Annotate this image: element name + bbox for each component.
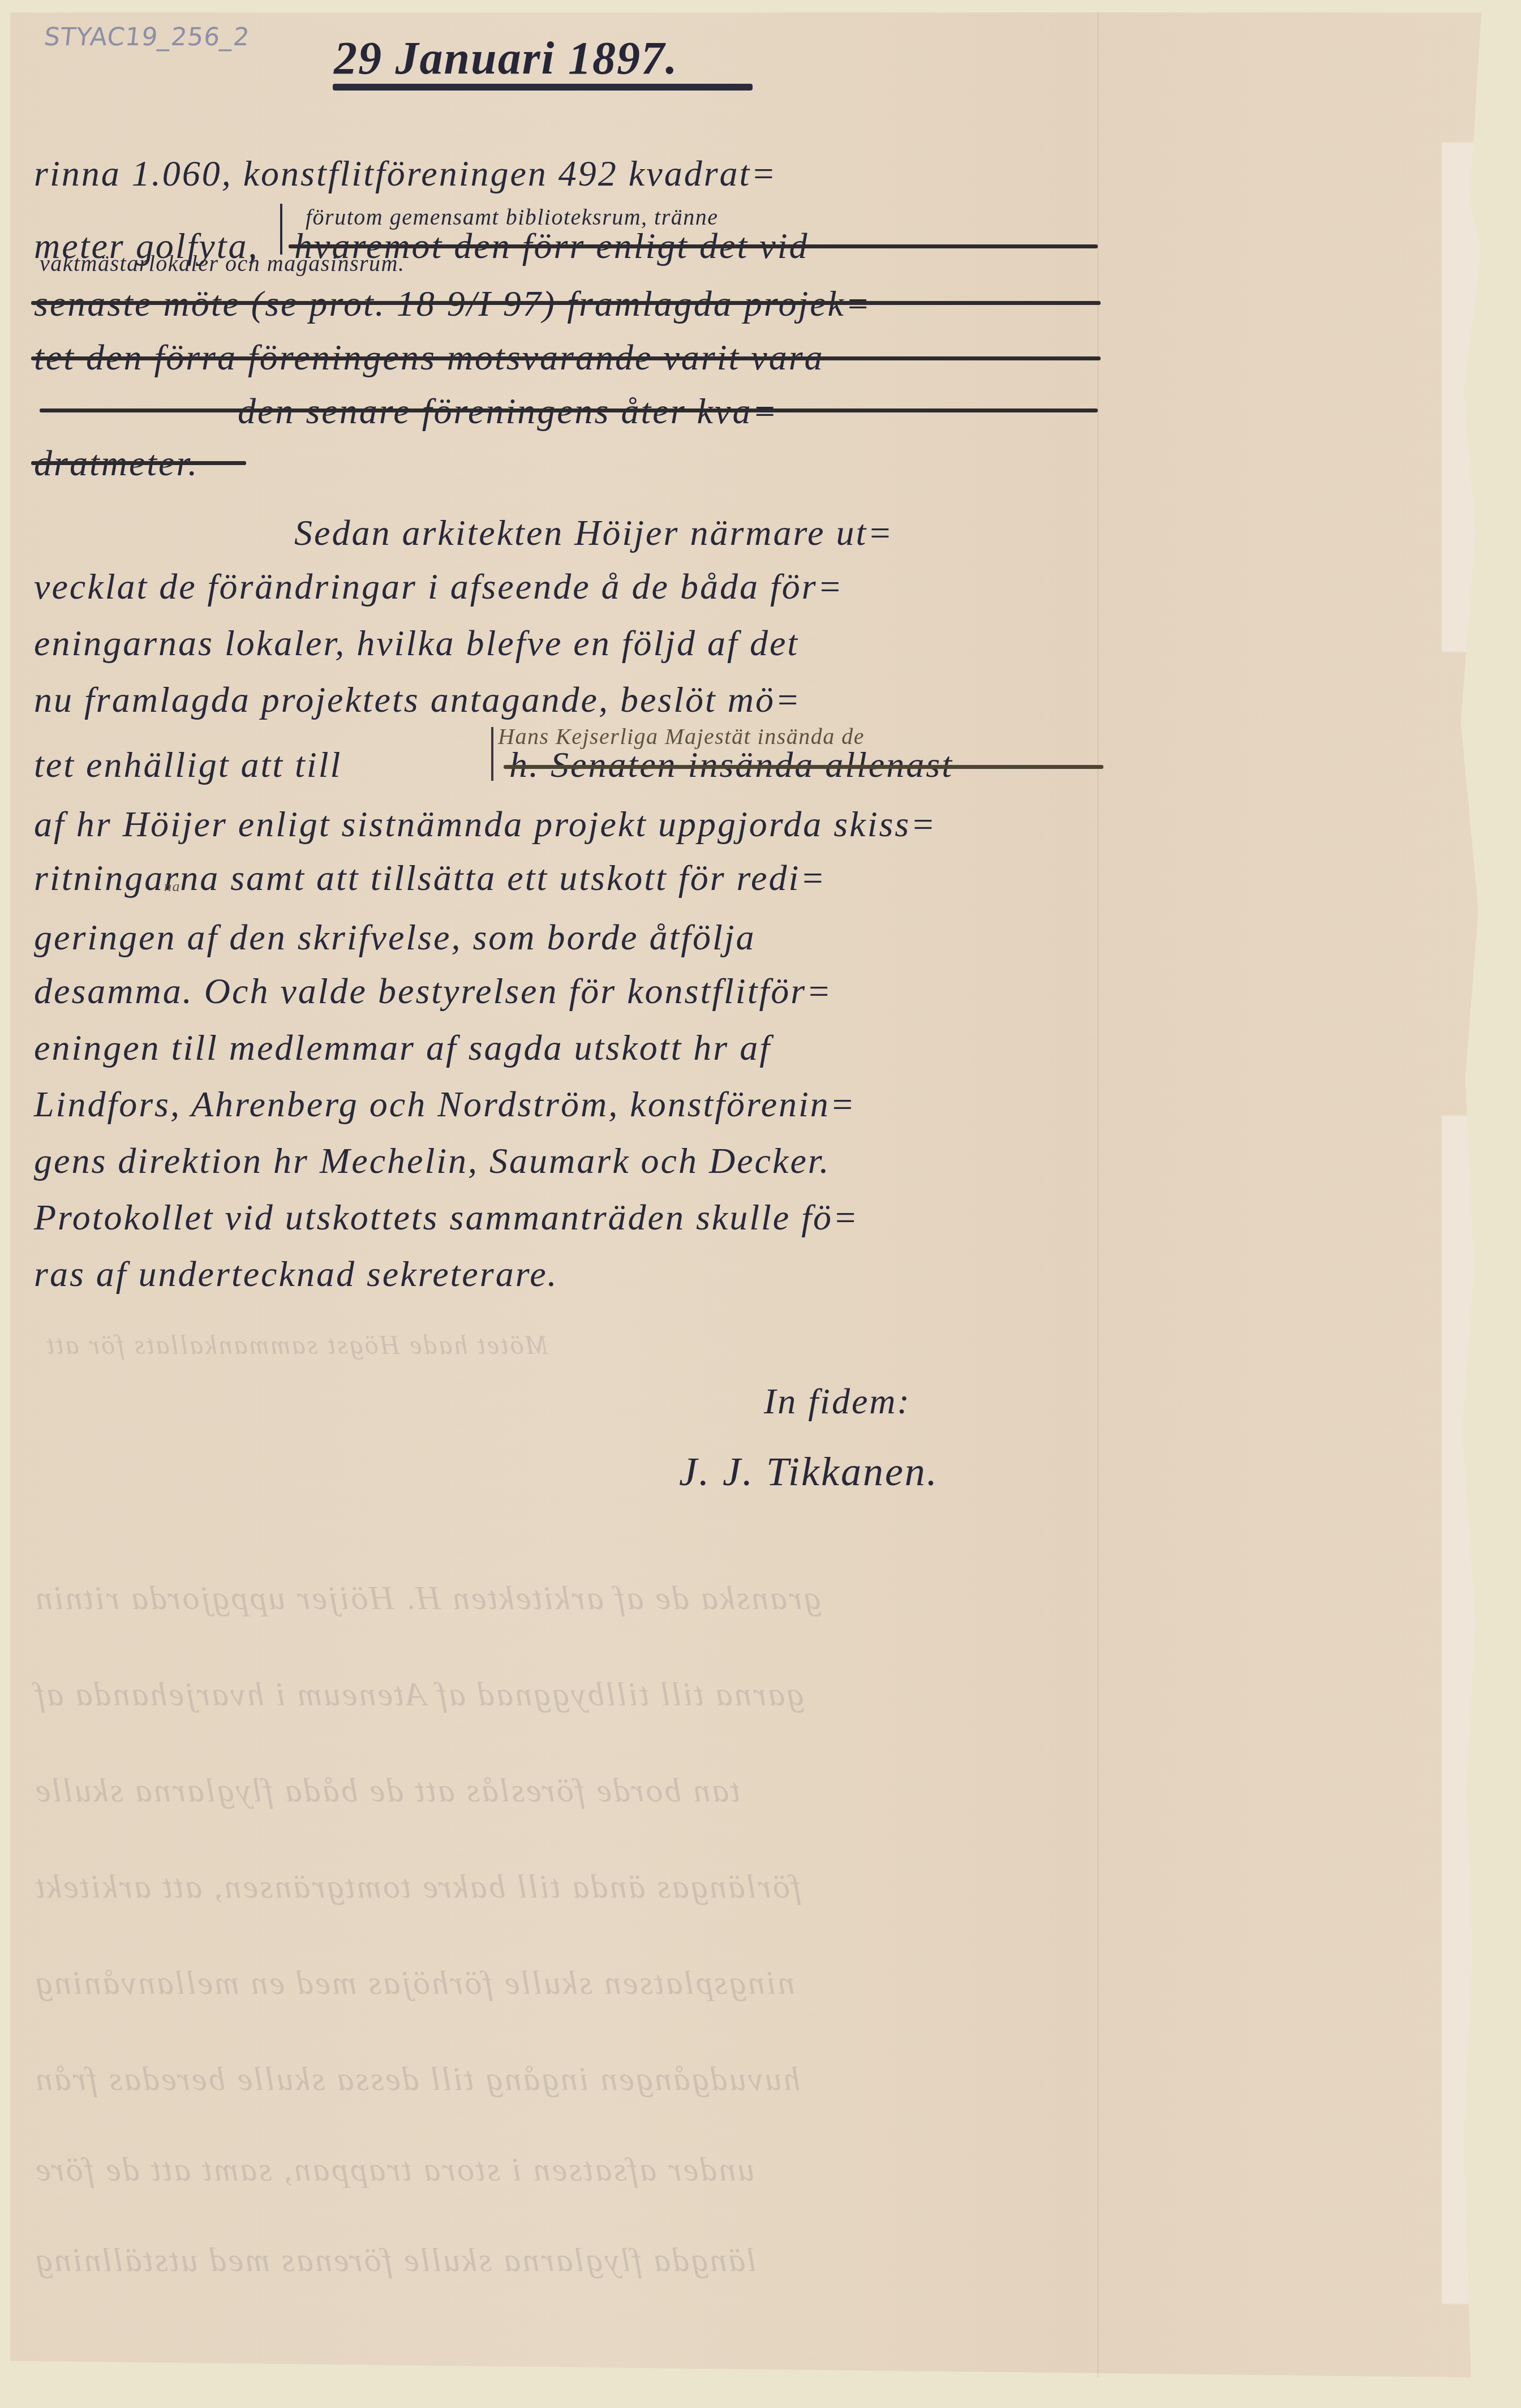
strikethrough	[40, 408, 1098, 412]
insertion-below: vaktmästarlokaler och magasinsrum.	[40, 250, 405, 277]
closing-formula: In fidem:	[764, 1381, 911, 1422]
paper-repair-strip	[1442, 143, 1481, 652]
manuscript-line: gens direktion hr Mechelin, Saumark och …	[34, 1140, 831, 1182]
manuscript-line: eningarnas lokaler, hvilka blefve en föl…	[34, 622, 799, 664]
date-underline	[333, 84, 753, 91]
signature: J. J. Tikkanen.	[679, 1448, 939, 1495]
inline-addition: na	[164, 878, 181, 895]
ghost-line: tan borde föreslås att de båda flyglarna…	[34, 1771, 740, 1810]
manuscript-line: ritningarna samt att tillsätta ett utsko…	[34, 857, 826, 899]
ghost-line: förlängas ända till bakre tomtgränsen, a…	[34, 1867, 801, 1906]
insertion-caret	[280, 204, 282, 255]
manuscript-line: tet enhälligt att till	[34, 744, 342, 786]
ghost-line: ningsplatsen skulle förhöjas med en mell…	[34, 1963, 794, 2002]
manuscript-line: desamma. Och valde bestyrelsen för konst…	[34, 970, 832, 1012]
manuscript-line: Lindfors, Ahrenberg och Nordström, konst…	[34, 1083, 856, 1125]
strikethrough	[31, 461, 246, 465]
strikethrough	[31, 301, 1101, 305]
archive-id: STYAC19_256_2	[42, 23, 251, 51]
strikethrough	[289, 244, 1098, 248]
ghost-line: huvudgången ingång till dessa skulle ber…	[34, 2059, 801, 2099]
paper-fold-line	[1098, 12, 1098, 2377]
manuscript-line: eningen till medlemmar af sagda utskott …	[34, 1027, 771, 1069]
date-heading: 29 Januari 1897.	[334, 32, 678, 85]
manuscript-line: vecklat de förändringar i afseende å de …	[34, 566, 844, 608]
paper-repair-strip	[1442, 1116, 1481, 2304]
insertion-caret	[491, 727, 493, 781]
manuscript-line: nu framlagda projektets antagande, beslö…	[34, 679, 801, 721]
strikethrough	[31, 356, 1101, 360]
ghost-line: längda flyglarna skulle förenas med utst…	[34, 2241, 757, 2280]
strikethrough	[504, 765, 1103, 769]
manuscript-line: Protokollet vid utskottets sammanträden …	[34, 1197, 859, 1239]
manuscript-line: geringen af den skrifvelse, som borde åt…	[34, 917, 756, 958]
ghost-line: garna till tillbyggnad af Ateneum i hvar…	[34, 1675, 804, 1714]
ghost-line: under afsatsen i stora trappan, samt att…	[34, 2150, 754, 2189]
ghost-line: Mötet hade Högst sammankallats för att	[45, 1330, 548, 1361]
manuscript-line: Sedan arkitekten Höijer närmare ut=	[294, 512, 893, 554]
manuscript-line: rinna 1.060, konstflitföreningen 492 kva…	[34, 153, 777, 195]
ghost-line: granska de af arkitekten H. Höijer uppgj…	[34, 1579, 821, 1618]
manuscript-line: ras af undertecknad sekreterare.	[34, 1253, 558, 1295]
manuscript-line: af hr Höijer enligt sistnämnda projekt u…	[34, 803, 936, 845]
